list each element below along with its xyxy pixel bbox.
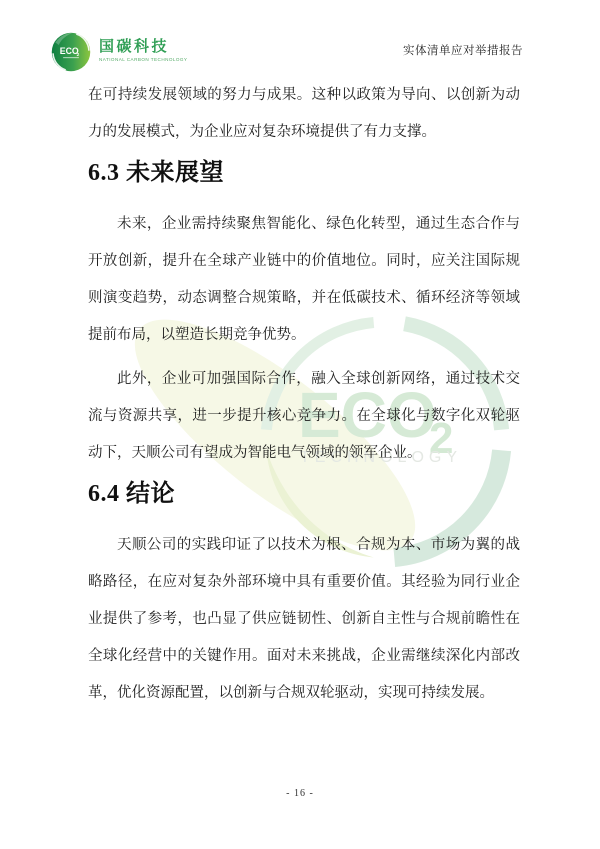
eco-leaf-badge-icon: ECO 2	[50, 31, 92, 73]
company-logo: ECO 2 国碳科技 NATIONAL CARBON TECHNOLOGY	[50, 31, 187, 73]
paragraph-3: 此外，企业可加强国际合作，融入全球创新网络，通过技术交流与资源共享，进一步提升核…	[88, 361, 520, 472]
report-page: ECO 2 国碳科技 NATIONAL CARBON TECHNOLOGY 实体…	[0, 0, 600, 849]
section-heading-6-4: 6.4 结论	[88, 479, 520, 509]
brand-name: 国碳科技	[99, 39, 187, 55]
logo-text-block: 国碳科技 NATIONAL CARBON TECHNOLOGY	[99, 31, 187, 62]
paragraph-2: 未来，企业需持续聚焦智能化、绿色化转型，通过生态合作与开放创新，提升在全球产业链…	[88, 206, 520, 354]
header-doc-title: 实体清单应对举措报告	[403, 42, 523, 58]
brand-subtitle: NATIONAL CARBON TECHNOLOGY	[99, 57, 187, 62]
document-body: 在可持续发展领域的努力与成果。这种以政策为导向、以创新为动力的发展模式，为企业应…	[88, 77, 520, 719]
svg-text:ECO: ECO	[60, 46, 79, 56]
paragraph-4: 天顺公司的实践印证了以技术为根、合规为本、市场为翼的战略路径，在应对复杂外部环境…	[88, 527, 520, 712]
page-footer: - 16 -	[0, 783, 600, 801]
section-heading-6-3: 6.3 未来展望	[88, 158, 520, 188]
svg-text:2: 2	[77, 52, 80, 58]
paragraph-1: 在可持续发展领域的努力与成果。这种以政策为导向、以创新为动力的发展模式，为企业应…	[88, 77, 520, 151]
page-number: - 16 -	[286, 788, 314, 799]
